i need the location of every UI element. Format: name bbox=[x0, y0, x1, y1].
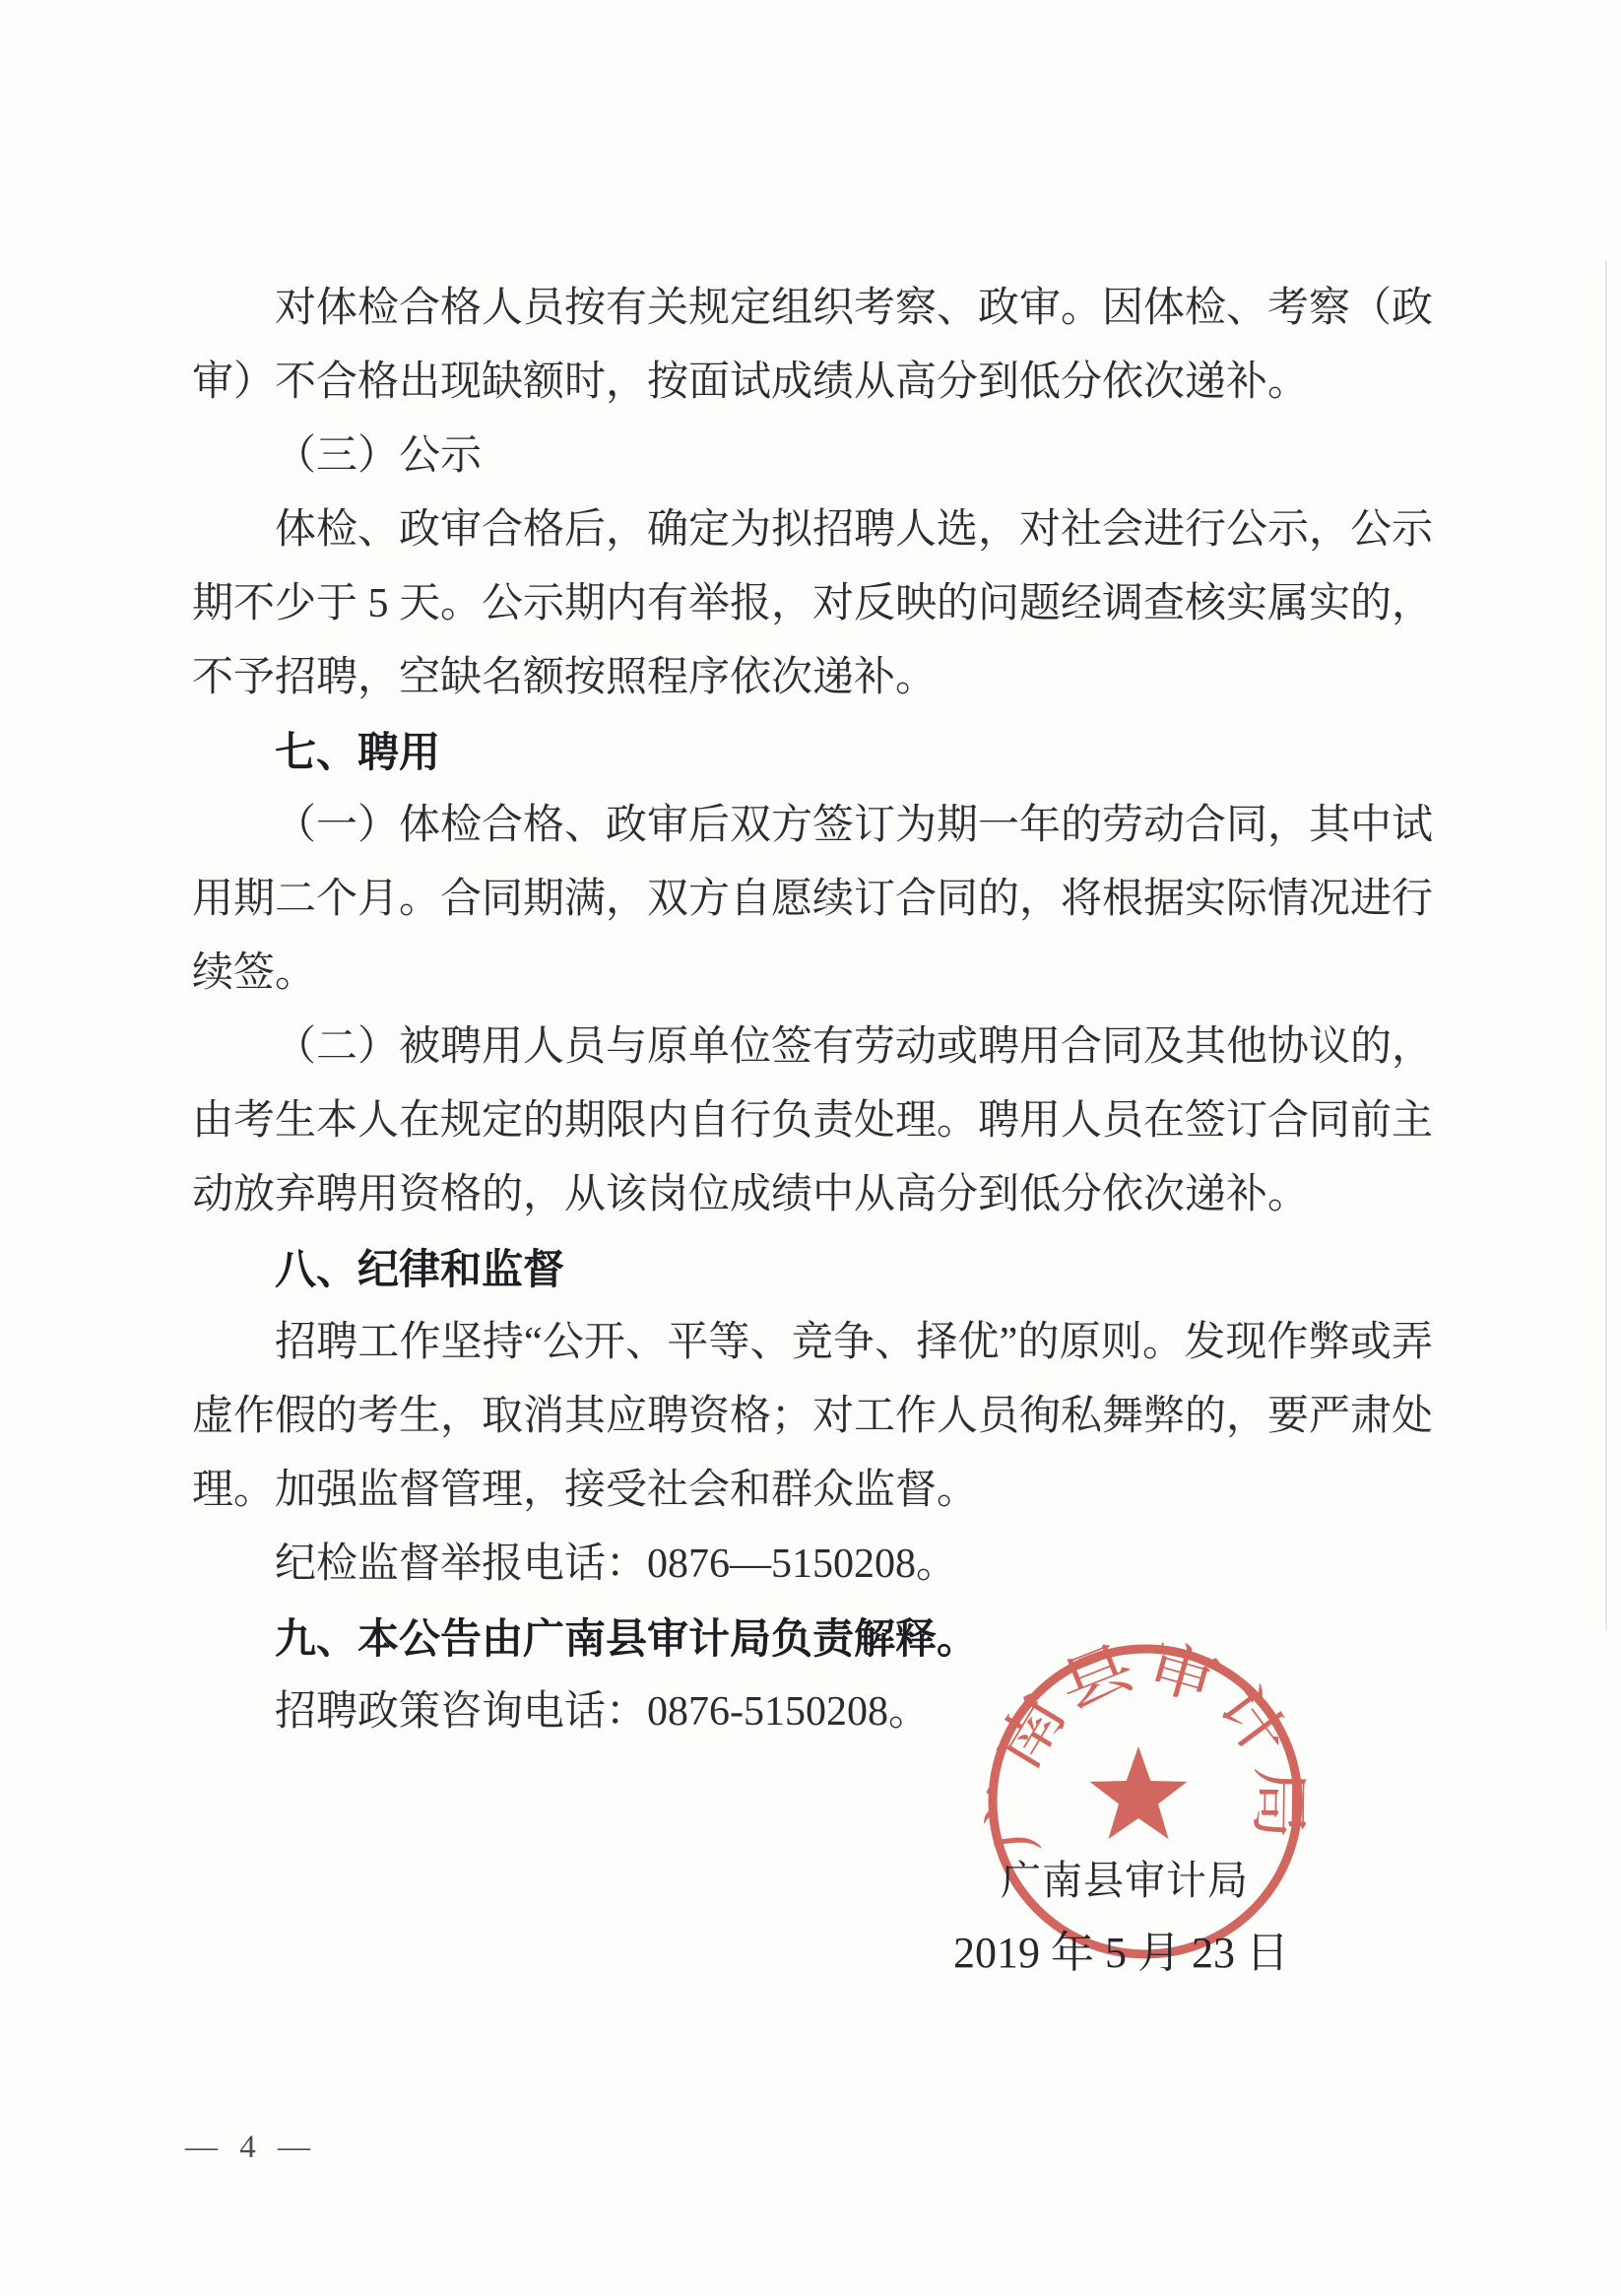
signature-date: 2019 年 5 月 23 日 bbox=[953, 1917, 1289, 1980]
supervision-phone-line: 纪检监督举报电话：0876—5150208。 bbox=[192, 1528, 1433, 1602]
signature-agency: 广南县审计局 bbox=[1001, 1848, 1249, 1906]
document-body-text: 对体检合格人员按有关规定组织考察、政审。因体检、考察（政审）不合格出现缺额时，按… bbox=[192, 272, 1433, 1749]
paragraph-discipline-principles: 招聘工作坚持“公开、平等、竞争、择优”的原则。发现作弊或弄虚作假的考生，取消其应… bbox=[192, 1306, 1433, 1528]
subsection-heading-publicity: （三）公示 bbox=[192, 420, 1433, 493]
seal-star-icon bbox=[1090, 1746, 1188, 1839]
section-heading-7-employment: 七、聘用 bbox=[192, 715, 1433, 789]
paragraph-inspection-replacement: 对体检合格人员按有关规定组织考察、政审。因体检、考察（政审）不合格出现缺额时，按… bbox=[192, 272, 1433, 420]
scanned-document-page: 对体检合格人员按有关规定组织考察、政审。因体检、考察（政审）不合格出现缺额时，按… bbox=[0, 0, 1621, 2296]
paragraph-prior-contract: （二）被聘用人员与原单位签有劳动或聘用合同及其他协议的，由考生本人在规定的期限内… bbox=[192, 1011, 1433, 1232]
page-number: — 4 — bbox=[185, 2130, 317, 2166]
paragraph-publicity-period: 体检、政审合格后，确定为拟招聘人选，对社会进行公示，公示期不少于 5 天。公示期… bbox=[192, 493, 1433, 715]
paragraph-labor-contract: （一）体检合格、政审后双方签订为期一年的劳动合同，其中试用期二个月。合同期满，双… bbox=[192, 789, 1433, 1011]
seal-arc-text-container: 广南县审计局 bbox=[981, 1637, 1310, 1857]
seal-arc-text: 广南县审计局 bbox=[981, 1637, 1310, 1857]
scan-artifact-line bbox=[1605, 261, 1607, 1630]
section-heading-8-discipline: 八、纪律和监督 bbox=[192, 1232, 1433, 1306]
